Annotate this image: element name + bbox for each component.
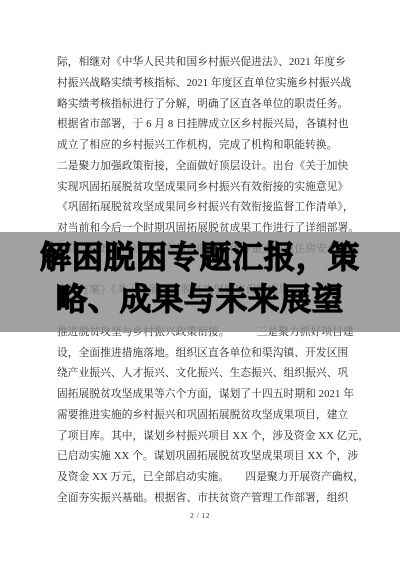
text-line: 绕产业振兴、人才振兴、文化振兴、生态振兴、组织振兴、巩 — [57, 363, 348, 384]
text-line: 成立了相应的乡村振兴工作机构，完成了机构和职能转换。 — [57, 135, 348, 156]
overlay-title-line-2: 略、成果与未来展望 — [0, 279, 400, 321]
text-line: 了项目库。其中，谋划乡村振兴项目 XX 个，涉及资金 XX 亿元， — [57, 426, 348, 447]
overlay-title-line-1: 解困脱困专题汇报，策 — [0, 237, 400, 279]
text-line: 及资金 XX 万元，已全部启动实施。 四是聚力开展资产确权， — [57, 467, 348, 488]
text-line: 设，全面推进措施落地。组织区直各单位和渠沟镇、开发区围 — [57, 343, 348, 364]
text-line: 已启动实施 XX 个。谋划巩固拓展脱贫攻坚成果项目 XX 个，涉 — [57, 446, 348, 467]
text-line: 二是聚力加强政策衔接，全面做好顶层设计。出台《关于加快 — [57, 156, 348, 177]
text-line: 固拓展脱贫攻坚成果等六个方面，谋划了十四五时期和 2021 年 — [57, 384, 348, 405]
text-line: 全面夯实振兴基础。根据省、市扶贫资产管理工作部署，组织 — [57, 488, 348, 509]
text-line: 略实绩考核指标进行了分解，明确了区直各单位的职责任务。 — [57, 94, 348, 115]
page-number: 2 / 12 — [0, 511, 400, 520]
text-line: 《巩固拓展脱贫攻坚成果同乡村振兴有效衔接监督工作清单》， — [57, 197, 348, 218]
overlay-title: 解困脱困专题汇报，策 略、成果与未来展望 — [0, 232, 400, 321]
document-page: 际，相继对《中华人民共和国乡村振兴促进法》、2021 年度乡村振兴战略实绩考核指… — [0, 0, 400, 566]
text-line: 实现巩固拓展脱贫攻坚成果同乡村振兴有效衔接的实施意见》 — [57, 177, 348, 198]
text-line: 际，相继对《中华人民共和国乡村振兴促进法》、2021 年度乡 — [57, 52, 348, 73]
text-line: 根据省市部署，于 6 月 8 日挂牌成立区乡村振兴局，各镇村也 — [57, 114, 348, 135]
text-line: 需要推进实施的乡村振兴和巩固拓展脱贫攻坚成果项目，建立 — [57, 405, 348, 426]
text-line: 村振兴战略实绩考核指标、2021 年度区直单位实施乡村振兴战 — [57, 73, 348, 94]
title-overlay-band: 解困脱困专题汇报，策 略、成果与未来展望 — [0, 232, 400, 332]
